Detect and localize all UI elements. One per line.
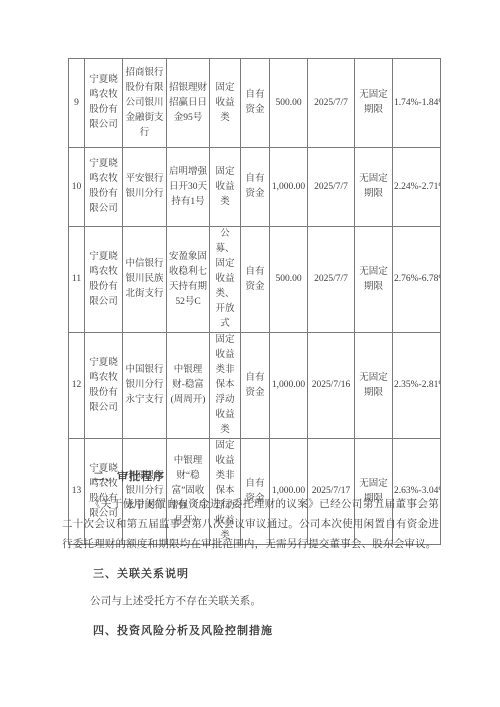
cell-product-type: 固定收益类	[210, 148, 241, 227]
cell-fund-source: 自有资金	[241, 148, 270, 227]
cell-amount: 1,000.00	[270, 333, 308, 439]
cell-bank: 招商银行股份有限公司银川金融街支行	[123, 59, 167, 148]
cell-row-number: 9	[69, 59, 85, 148]
cell-start-date: 2025/7/7	[308, 148, 355, 227]
body-text: 二、审批程序 《关于使用闲置自有资金进行委托理财的议案》已经公司第五届董事会第二…	[62, 458, 439, 638]
cell-product-type: 固定收益类非保本浮动收益类	[210, 333, 241, 439]
table-row: 9 宁夏晓鸣农牧股份有限公司 招商银行股份有限公司银川金融街支行 招银理财招赢日…	[69, 59, 441, 148]
cell-product: 中银理财-稳富(周周开)	[167, 333, 210, 439]
cell-expected-rate: 2.24%-2.71%	[393, 148, 441, 227]
cell-company: 宁夏晓鸣农牧股份有限公司	[85, 227, 123, 333]
table-row: 10 宁夏晓鸣农牧股份有限公司 平安银行银川分行 启明增强日开30天持有1号 固…	[69, 148, 441, 227]
table-row: 12 宁夏晓鸣农牧股份有限公司 中国银行银川分行永宁支行 中银理财-稳富(周周开…	[69, 333, 441, 439]
cell-fund-source: 自有资金	[241, 59, 270, 148]
cell-row-number: 10	[69, 148, 85, 227]
cell-company: 宁夏晓鸣农牧股份有限公司	[85, 333, 123, 439]
paragraph-relationship: 公司与上述受托方不存在关联关系。	[62, 592, 439, 612]
cell-expected-rate: 2.35%-2.81%	[393, 333, 441, 439]
cell-expected-rate: 1.74%-1.84%	[393, 59, 441, 148]
paragraph-approval: 《关于使用闲置自有资金进行委托理财的议案》已经公司第五届董事会第二十次会议和第五…	[62, 495, 439, 555]
document-page: 9 宁夏晓鸣农牧股份有限公司 招商银行股份有限公司银川金融街支行 招银理财招赢日…	[0, 0, 500, 707]
cell-amount: 500.00	[270, 59, 308, 148]
cell-product: 安盈象固收稳利七天持有期52号C	[167, 227, 210, 333]
cell-bank: 平安银行银川分行	[123, 148, 167, 227]
cell-amount: 1,000.00	[270, 148, 308, 227]
cell-company: 宁夏晓鸣农牧股份有限公司	[85, 148, 123, 227]
cell-term: 无固定期限	[355, 59, 393, 148]
cell-term: 无固定期限	[355, 333, 393, 439]
cell-start-date: 2025/7/7	[308, 227, 355, 333]
cell-term: 无固定期限	[355, 148, 393, 227]
cell-product: 招银理财招赢日日金95号	[167, 59, 210, 148]
cell-product-type: 固定收益类	[210, 59, 241, 148]
cell-amount: 500.00	[270, 227, 308, 333]
cell-row-number: 12	[69, 333, 85, 439]
cell-expected-rate: 2.76%-6.78%	[393, 227, 441, 333]
cell-start-date: 2025/7/16	[308, 333, 355, 439]
cell-company: 宁夏晓鸣农牧股份有限公司	[85, 59, 123, 148]
section-heading-risk: 四、投资风险分析及风险控制措施	[93, 624, 439, 638]
cell-product: 启明增强日开30天持有1号	[167, 148, 210, 227]
cell-row-number: 11	[69, 227, 85, 333]
cell-product-type: 公募、固定收益类、开放式	[210, 227, 241, 333]
cell-term: 无固定期限	[355, 227, 393, 333]
section-heading-relationship: 三、关联关系说明	[93, 567, 439, 581]
cell-bank: 中信银行银川民族北街支行	[123, 227, 167, 333]
cell-start-date: 2025/7/7	[308, 59, 355, 148]
table-row: 11 宁夏晓鸣农牧股份有限公司 中信银行银川民族北街支行 安盈象固收稳利七天持有…	[69, 227, 441, 333]
cell-fund-source: 自有资金	[241, 227, 270, 333]
section-heading-approval: 二、审批程序	[93, 470, 439, 484]
cell-fund-source: 自有资金	[241, 333, 270, 439]
cell-bank: 中国银行银川分行永宁支行	[123, 333, 167, 439]
